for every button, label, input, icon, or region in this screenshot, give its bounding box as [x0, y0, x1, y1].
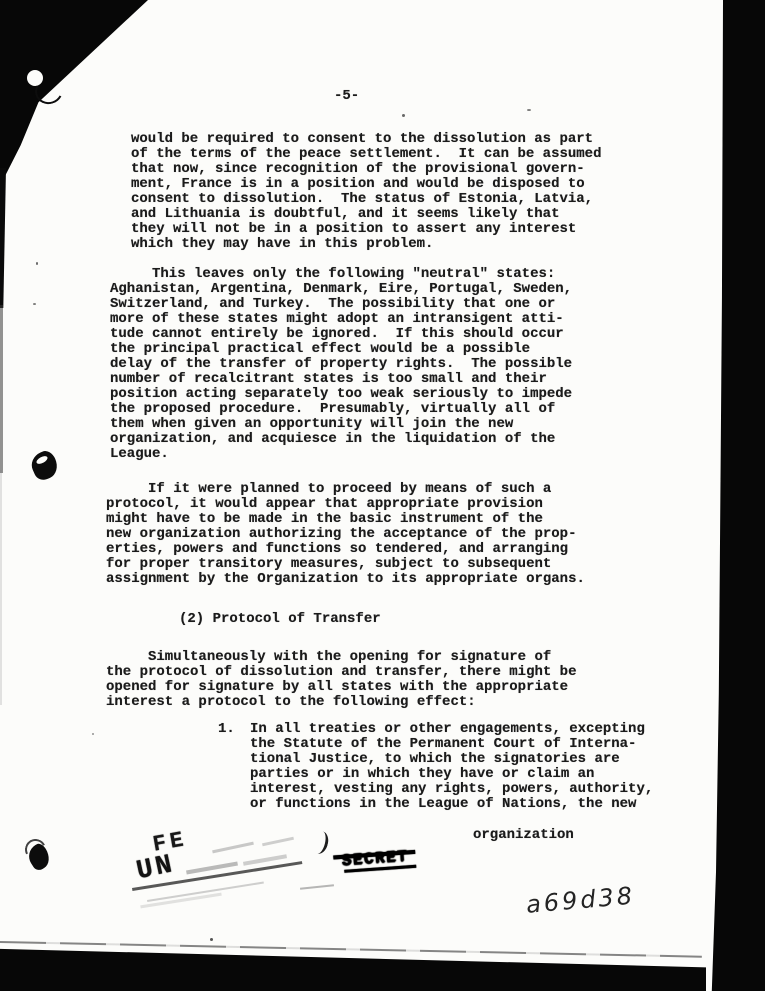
faded-stamp-mark: [212, 842, 254, 854]
list-item-1-text: In all treaties or other engagements, ex…: [250, 722, 653, 812]
faint-pencil-dash: [300, 884, 334, 890]
stamp-arc-mark: [309, 829, 330, 855]
scanned-document-page: -5- would be required to consent to the …: [0, 0, 765, 991]
section-heading-protocol-of-transfer: (2) Protocol of Transfer: [179, 612, 381, 627]
scan-speck: [527, 109, 531, 111]
scan-speck: [92, 733, 94, 735]
paragraph-simultaneous-signature: Simultaneously with the opening for sign…: [106, 650, 576, 710]
scan-speck: [210, 938, 213, 941]
scan-right-edge-bar: [695, 0, 765, 991]
secret-classification-stamp: SECRET: [341, 847, 409, 870]
scan-speck: [36, 262, 38, 265]
paragraph-neutral-states: This leaves only the following "neutral"…: [110, 267, 572, 462]
scan-left-edge-strip-faint: [0, 305, 3, 473]
scan-speck: [33, 303, 36, 305]
paragraph-protocol-provision: If it were planned to proceed by means o…: [106, 482, 585, 587]
scan-left-edge-strip: [0, 168, 6, 308]
paragraph-dissolution-consent: would be required to consent to the diss…: [131, 132, 601, 252]
scan-corner-shadow: [0, 0, 148, 186]
list-item-1-number: 1.: [218, 722, 235, 737]
ink-blot-left-middle: [28, 448, 62, 483]
handwritten-archive-code: a69d38: [525, 881, 636, 918]
faded-stamp-mark: [262, 837, 294, 847]
catchword-organization: organization: [473, 828, 574, 843]
scan-speck: [402, 114, 405, 117]
scan-left-edge-line: [0, 470, 2, 705]
page-number: -5-: [334, 89, 359, 104]
